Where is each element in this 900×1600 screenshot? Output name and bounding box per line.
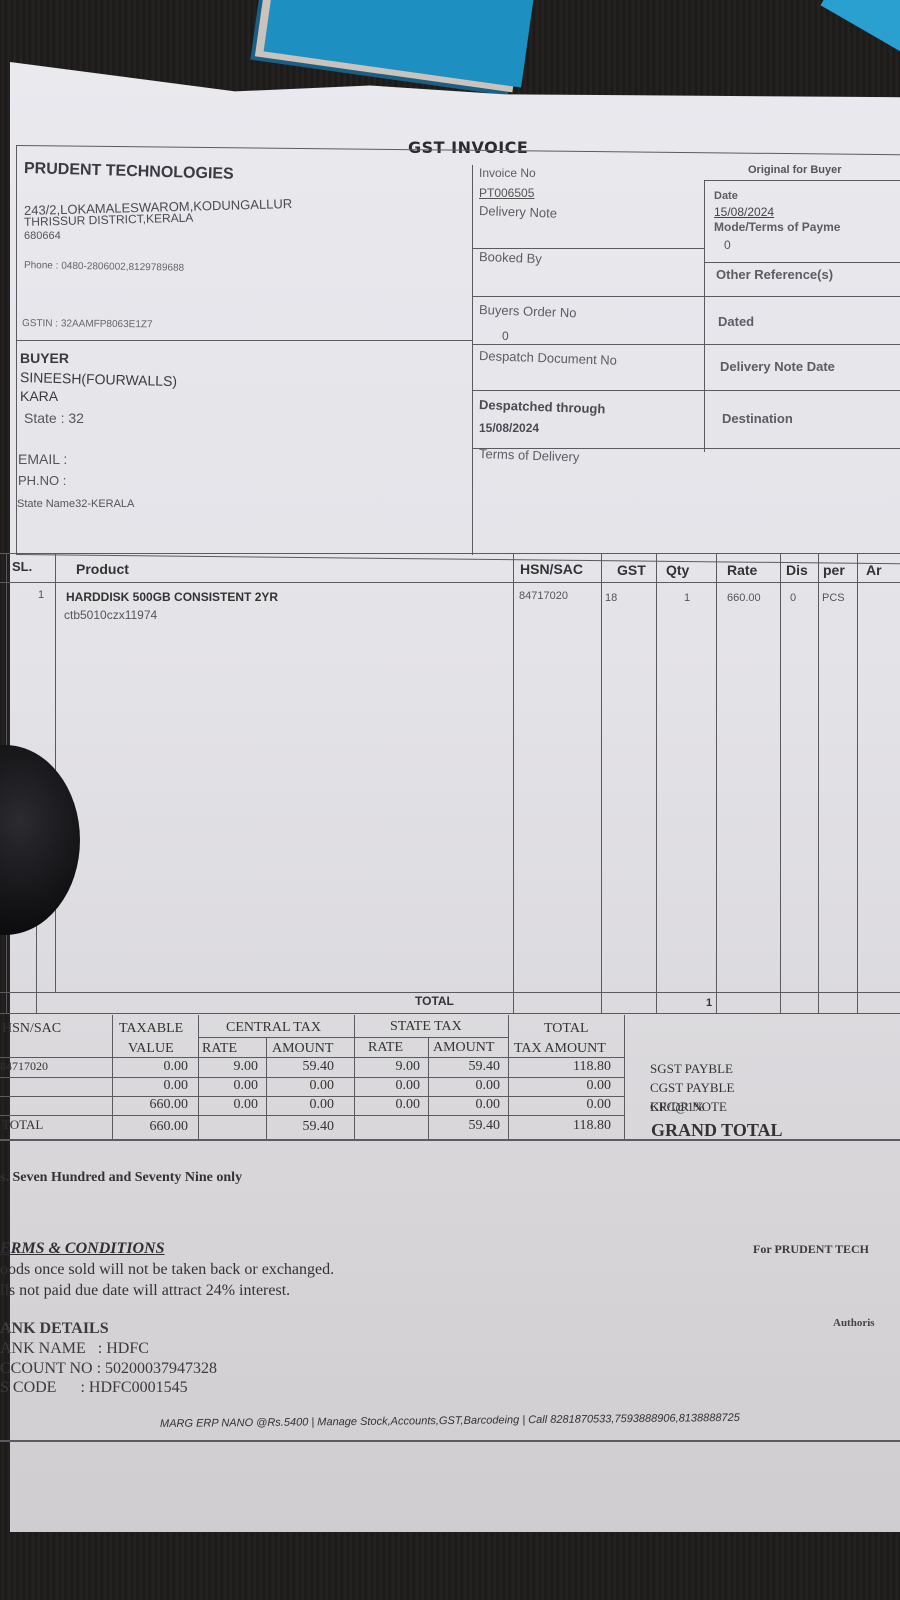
terms-line-2: lls not paid due date will attract 24% i… <box>0 1282 290 1300</box>
tax-header-bottom <box>0 1057 624 1058</box>
tax-side-extra: CR/DR NOTE <box>650 1099 727 1115</box>
tax-cell-c-rate: 0.00 <box>198 1078 258 1094</box>
header-divider <box>472 165 473 555</box>
tax-header-s-amount: AMOUNT <box>433 1040 494 1056</box>
delivery-note-date-label: Delivery Note Date <box>720 359 835 374</box>
col-header-rate: Rate <box>727 562 757 578</box>
col-divider <box>656 553 657 1013</box>
items-total-bottom <box>0 1013 900 1014</box>
tax-cell-c-amt: 59.40 <box>266 1059 334 1075</box>
footer-line <box>0 1440 900 1442</box>
grand-total-label: GRAND TOTAL <box>651 1120 783 1141</box>
dated-label: Dated <box>718 314 754 329</box>
items-header-top <box>0 553 900 554</box>
item-serial: ctb5010czx11974 <box>64 608 157 622</box>
tax-col <box>198 1015 199 1139</box>
meta-row-line <box>704 262 900 263</box>
tax-header-s-rate: RATE <box>368 1040 403 1056</box>
col-divider <box>716 553 717 1013</box>
items-total-qty: 1 <box>706 997 712 1009</box>
payment-terms-value: 0 <box>724 238 731 252</box>
tax-header-taxable-2: VALUE <box>128 1041 174 1057</box>
col-header-dis: Dis <box>786 562 808 578</box>
item-dis: 0 <box>790 592 796 604</box>
tax-cell-s-amt: 0.00 <box>428 1078 500 1094</box>
payment-terms-label: Mode/Terms of Payme <box>714 220 840 234</box>
signature-for: For PRUDENT TECH <box>753 1242 869 1257</box>
tax-cell-taxable: 660.00 <box>112 1097 188 1113</box>
buyer-heading: BUYER <box>20 350 69 366</box>
destination-label: Destination <box>722 411 793 426</box>
tax-row-line <box>0 1115 624 1116</box>
tax-total-central: 59.40 <box>266 1119 334 1135</box>
tax-side-label: CGST PAYBLE <box>650 1080 734 1096</box>
item-gst: 18 <box>605 592 617 604</box>
tax-subheader-line <box>198 1037 508 1038</box>
meta-row-line <box>704 180 900 181</box>
item-product: HARDDISK 500GB CONSISTENT 2YR <box>66 590 278 604</box>
tax-header-c-rate: RATE <box>202 1041 237 1057</box>
tax-cell-c-rate: 0.00 <box>198 1097 258 1113</box>
meta-row-line <box>472 390 900 391</box>
buyers-order-value: 0 <box>502 329 509 343</box>
bank-account: CCOUNT NO : 50200037947328 <box>0 1360 217 1378</box>
buyer-email: EMAIL : <box>18 451 67 467</box>
tax-header-central: CENTRAL TAX <box>226 1020 321 1036</box>
item-sl: 1 <box>38 589 44 601</box>
tax-header-total-2: TAX AMOUNT <box>514 1041 606 1057</box>
tax-cell-total: 0.00 <box>508 1097 611 1113</box>
tax-col <box>624 1015 625 1139</box>
despatched-through-value: 15/08/2024 <box>479 421 539 435</box>
items-total-label: TOTAL <box>415 994 454 1008</box>
bank-ifsc: S CODE : HDFC0001545 <box>0 1379 188 1397</box>
tax-cell-c-rate: 9.00 <box>198 1059 258 1075</box>
buyer-phone: PH.NO : <box>18 473 66 488</box>
meta-row-line <box>472 296 900 297</box>
tax-total-taxable: 660.00 <box>112 1119 188 1135</box>
tax-cell-taxable: 0.00 <box>112 1059 188 1075</box>
tax-cell-taxable: 0.00 <box>112 1078 188 1094</box>
tax-total-state: 59.40 <box>428 1118 500 1134</box>
col-header-amount: Ar <box>866 562 882 578</box>
amount-in-words: s. Seven Hundred and Seventy Nine only <box>0 1170 242 1186</box>
tax-cell-hsn: 84717020 <box>0 1059 100 1074</box>
meta-divider <box>704 180 705 452</box>
col-header-hsn: HSN/SAC <box>520 561 583 577</box>
tax-cell-s-rate: 9.00 <box>354 1059 420 1075</box>
col-divider <box>818 553 819 1013</box>
invoice-no-value: PT006505 <box>479 186 534 200</box>
col-divider <box>857 553 858 1013</box>
booked-by-label: Booked By <box>479 249 542 266</box>
items-header-bottom <box>0 582 900 583</box>
seller-pincode: 680664 <box>24 230 61 242</box>
col-header-gst: GST <box>617 562 646 578</box>
item-per: PCS <box>822 592 845 604</box>
col-divider <box>513 553 514 1013</box>
tax-cell-s-rate: 0.00 <box>354 1078 420 1094</box>
tax-header-c-amount: AMOUNT <box>272 1041 333 1057</box>
buyer-place: KARA <box>20 388 58 404</box>
date-label: Date <box>714 190 738 202</box>
delivery-note-label: Delivery Note <box>479 203 558 221</box>
col-divider <box>601 553 602 1013</box>
bank-heading: ANK DETAILS <box>0 1320 109 1338</box>
tax-cell-s-amt: 0.00 <box>428 1097 500 1113</box>
buyer-state: State : 32 <box>24 410 84 426</box>
other-reference-label: Other Reference(s) <box>716 267 833 282</box>
col-header-per: per <box>823 562 845 578</box>
date-value: 15/08/2024 <box>714 205 774 219</box>
meta-row-line <box>472 248 704 249</box>
tax-cell-s-rate: 0.00 <box>354 1097 420 1113</box>
tax-side-label: SGST PAYBLE <box>650 1061 733 1077</box>
invoice-no-label: Invoice No <box>479 166 536 180</box>
tax-header-taxable-1: TAXABLE <box>119 1021 183 1037</box>
item-hsn: 84717020 <box>519 590 568 602</box>
items-total-top <box>0 992 900 993</box>
col-divider <box>36 920 37 1013</box>
col-header-product: Product <box>76 561 129 577</box>
col-divider <box>780 553 781 1013</box>
tax-cell-c-amt: 0.00 <box>266 1078 334 1094</box>
item-qty: 1 <box>684 592 690 604</box>
seller-buyer-divider <box>16 340 472 341</box>
tax-cell-total: 118.80 <box>508 1059 611 1075</box>
item-rate: 660.00 <box>727 592 761 604</box>
seller-gstin: GSTIN : 32AAMFP8063E1Z7 <box>22 318 153 330</box>
tax-cell-s-amt: 59.40 <box>428 1059 500 1075</box>
meta-row-line <box>472 344 900 345</box>
tax-total-amount: 118.80 <box>508 1118 611 1134</box>
signature-authorised: Authoris <box>833 1317 875 1329</box>
tax-header-hsn: HSN/SAC <box>2 1021 61 1037</box>
col-header-qty: Qty <box>666 562 689 578</box>
tax-cell-total: 0.00 <box>508 1078 611 1094</box>
tax-cell-c-amt: 0.00 <box>266 1097 334 1113</box>
tax-col <box>354 1015 355 1139</box>
terms-heading: ERMS & CONDITIONS <box>0 1240 164 1258</box>
tax-header-state: STATE TAX <box>390 1019 462 1035</box>
tax-header-total-1: TOTAL <box>544 1021 589 1037</box>
buyer-state-name: State Name32-KERALA <box>17 498 134 510</box>
tax-total-label: TOTAL <box>2 1117 43 1133</box>
col-header-sl: SL. <box>12 559 32 574</box>
terms-line-1: oods once sold will not be taken back or… <box>0 1261 334 1279</box>
bank-name: ANK NAME : HDFC <box>0 1340 149 1358</box>
